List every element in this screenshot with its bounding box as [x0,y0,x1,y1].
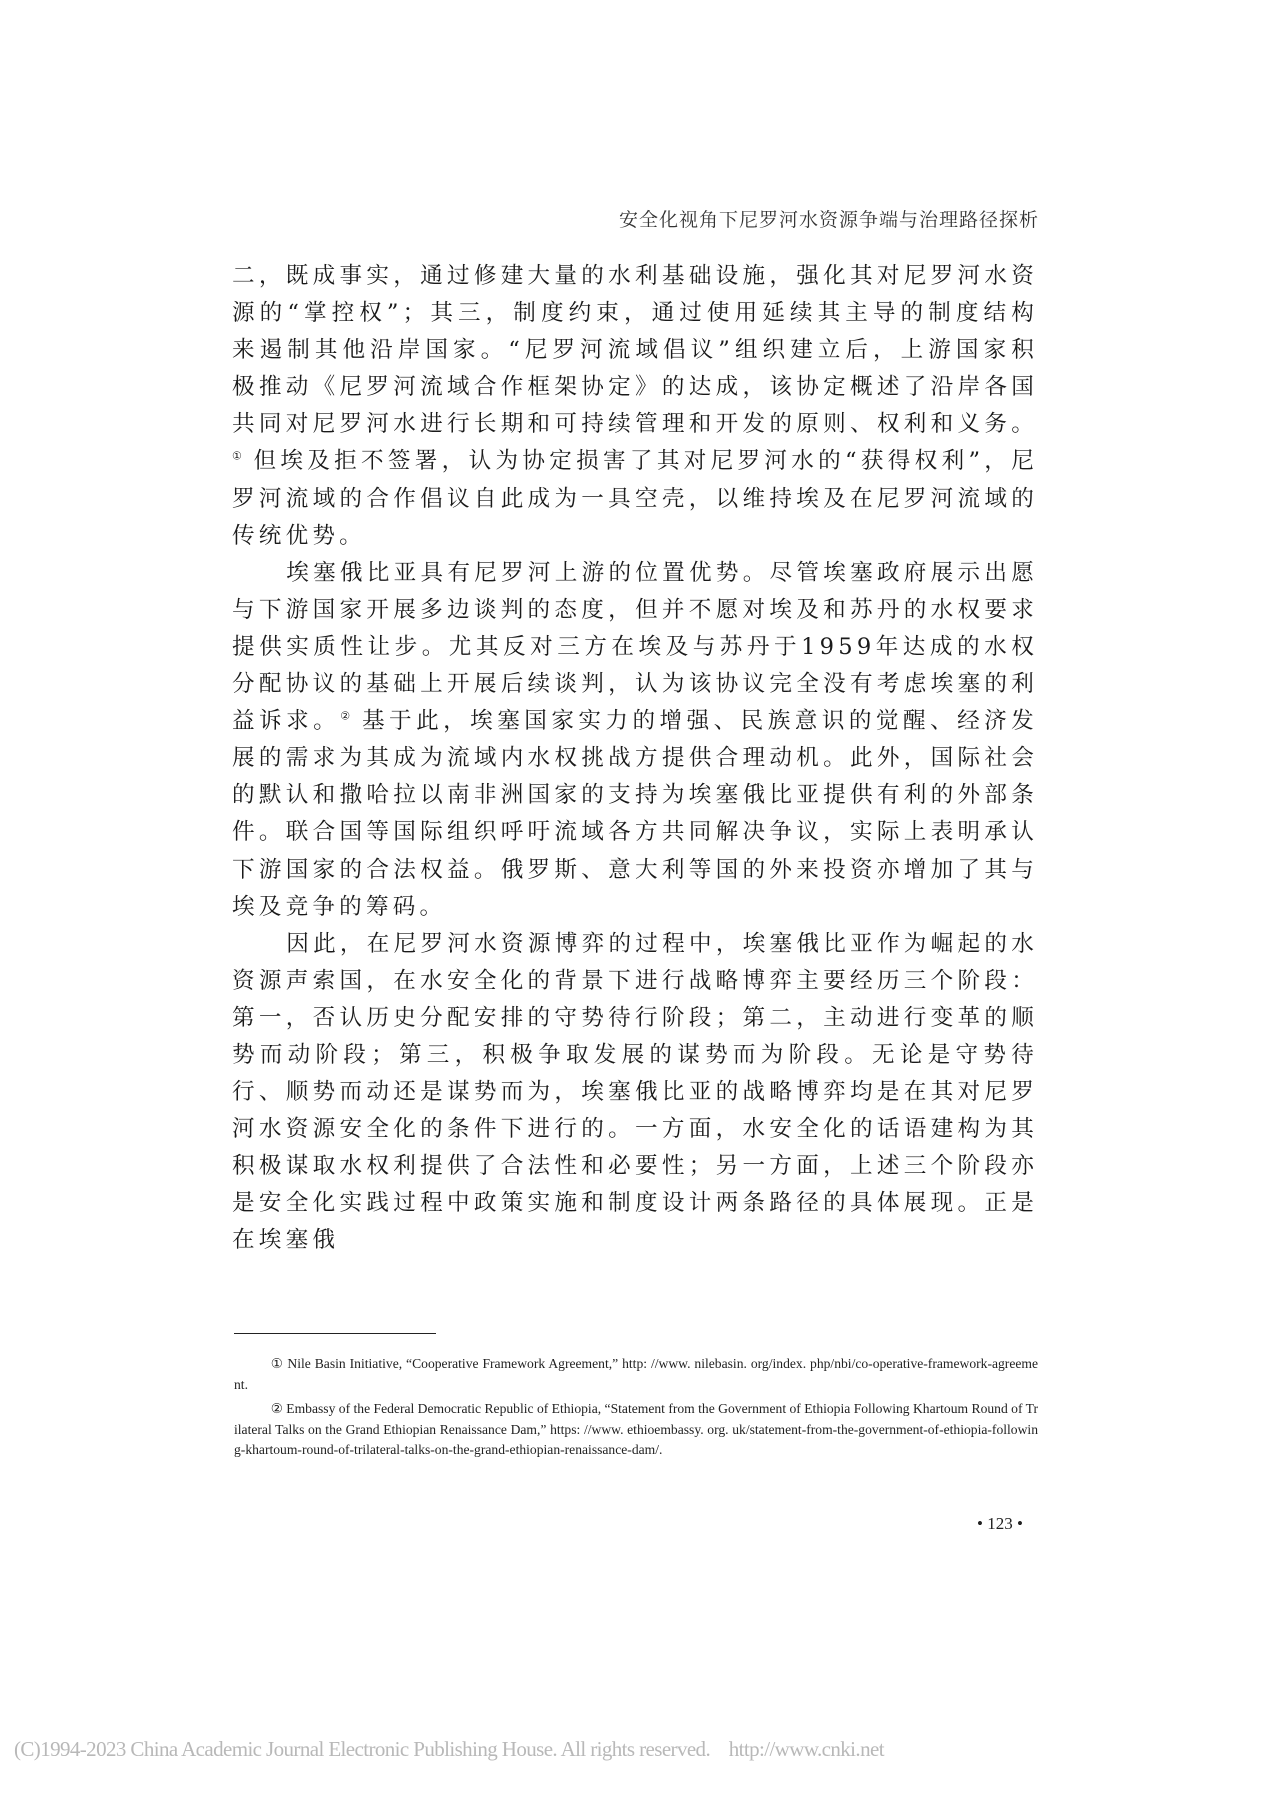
footnote-text: Embassy of the Federal Democratic Republ… [234,1401,1038,1457]
paragraph-text: 二，既成事实，通过修建大量的水利基础设施，强化其对尼罗河水资源的“掌控权”；其三… [232,263,1038,437]
body-text: 二，既成事实，通过修建大量的水利基础设施，强化其对尼罗河水资源的“掌控权”；其三… [232,258,1038,1260]
copyright-notice: (C)1994-2023 China Academic Journal Elec… [14,1737,884,1762]
footnote-divider [234,1333,436,1334]
paragraph-text: 但埃及拒不签署，认为协定损害了其对尼罗河水的“获得权利”，尼罗河流域的合作倡议自… [232,448,1038,548]
paragraph-text: 基于此，埃塞国家实力的增强、民族意识的觉醒、经济发展的需求为其成为流域内水权挑战… [232,708,1038,919]
footnotes: ① Nile Basin Initiative, “Cooperative Fr… [234,1354,1038,1465]
footnote-text: Nile Basin Initiative, “Cooperative Fram… [234,1356,1038,1392]
paragraph-2: 埃塞俄比亚具有尼罗河上游的位置优势。尽管埃塞政府展示出愿与下游国家开展多边谈判的… [232,555,1038,926]
footnote-ref-1[interactable]: ① [232,450,242,463]
footnote-marker: ② [271,1401,283,1416]
footnote-ref-2[interactable]: ② [340,710,350,723]
paragraph-3: 因此，在尼罗河水资源博弈的过程中，埃塞俄比亚作为崛起的水资源声索国，在水安全化的… [232,926,1038,1260]
footnote-1: ① Nile Basin Initiative, “Cooperative Fr… [234,1354,1038,1395]
paragraph-1: 二，既成事实，通过修建大量的水利基础设施，强化其对尼罗河水资源的“掌控权”；其三… [232,258,1038,555]
footnote-2: ② Embassy of the Federal Democratic Repu… [234,1399,1038,1461]
running-title: 安全化视角下尼罗河水资源争端与治理路径探析 [600,205,1039,232]
paragraph-text: 因此，在尼罗河水资源博弈的过程中，埃塞俄比亚作为崛起的水资源声索国，在水安全化的… [232,931,1038,1254]
page-number: • 123 • [960,1514,1040,1534]
footnote-marker: ① [271,1356,284,1371]
